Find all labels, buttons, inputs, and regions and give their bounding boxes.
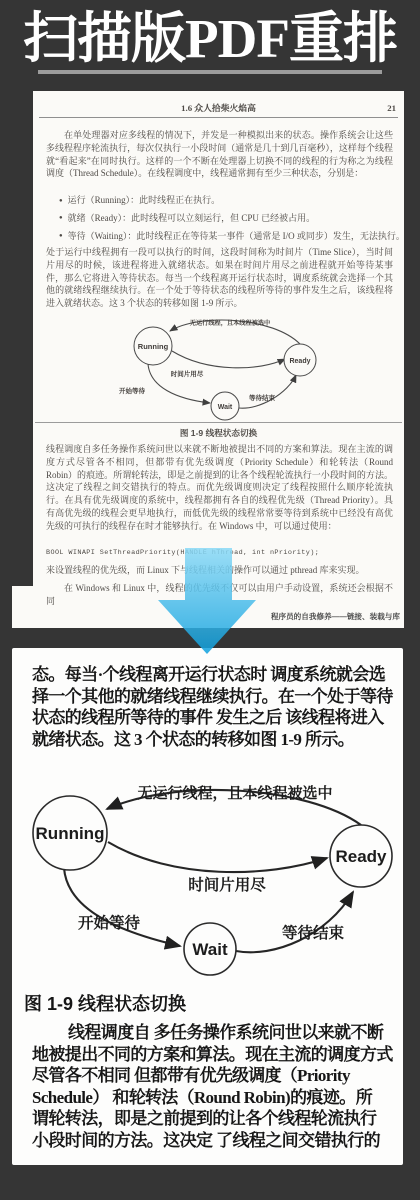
scan-figure-caption: 图 1-9 线程状态切换 — [33, 427, 404, 439]
text-line: 就绪状态。这 3 个状态的转移如图 1-9 所示。 — [32, 729, 395, 751]
text-line: 状态的线程所等待的事件 发生之后 该线程将进入 — [32, 707, 395, 729]
text-line: 态。每当·个线程离开运行状态时 调度系统就会选 — [32, 664, 395, 686]
scan-page-number: 21 — [387, 100, 396, 117]
edge-label: 开始等待 — [78, 913, 141, 932]
text-segment: 小段时间的方法。这决定 了线程之间交错执行的 — [32, 1131, 380, 1150]
edge-label: 时间片用尽 — [171, 369, 204, 378]
edge-wait-to-ready — [239, 375, 296, 408]
text-line: 谓轮转法，即是之前提到的让各个线程轮流执行 — [32, 1108, 395, 1130]
scan-section-title: 1.6 众人拾柴火焰高 — [181, 103, 256, 113]
reflowed-paragraph-1: 态。每当·个线程离开运行状态时 调度系统就会选择一个其他的就绪线程继续执行。在一… — [32, 664, 395, 750]
text-segment: 态。每当·个线程离开运行状态时 调度系统就会选 — [32, 665, 385, 684]
down-arrow-shape — [158, 548, 256, 654]
text-segment: 状态的线程所等待的事件 发生之后 该线程将进入 — [32, 708, 384, 727]
reflowed-page: 态。每当·个线程离开运行状态时 调度系统就会选择一个其他的就绪线程继续执行。在一… — [12, 648, 403, 1165]
emphasized-term: 优先级调度 — [200, 1066, 281, 1085]
node-label: Running — [36, 824, 105, 843]
text-line: 尽管各不相同 但都带有优先级调度（Priority — [32, 1065, 395, 1087]
edge-label: 无运行线程，且本线程被选中 — [137, 784, 332, 803]
scan-paragraph-2: 处于运行中线程拥有一段可以执行的时间，这段时间称为时间片（Time Slice）… — [46, 246, 393, 310]
edge-label: 无运行线程，且本线程被选中 — [190, 319, 270, 328]
scan-divider — [35, 422, 402, 423]
list-item: ●运行（Running）：此时线程正在执行。 — [59, 193, 396, 206]
text-segment: 尽管各不相同 但都带有 — [32, 1066, 200, 1085]
banner: 扫描版PDF重排 — [0, 0, 420, 90]
edge-wait-to-ready — [236, 892, 353, 952]
edge-running-to-ready — [172, 351, 285, 368]
reflowed-figure-caption: 图 1-9 线程状态切换 — [24, 990, 186, 1016]
text-line: 小段时间的方法。这决定 了线程之间交错执行的 — [32, 1130, 395, 1152]
bullet-icon: ● — [59, 198, 63, 204]
bullet-text: 就绪（Ready）：此时线程可以立刻运行，但 CPU 已经被占用。 — [68, 213, 316, 223]
thread-state-diagram-large: Running Ready Wait 无运行线程，且本线程被选中 时间片用尽 开… — [12, 778, 403, 990]
promo-image: 扫描版PDF重排 1.6 众人拾柴火焰高 21 在单处理器对应多线程的情况下，并… — [0, 0, 420, 1200]
text-segment: 就绪状态。这 3 个状态的转移如图 1-9 所示。 — [32, 730, 354, 749]
node-label: Wait — [192, 940, 228, 959]
scan-paragraph-3: 线程调度自多任务操作系统问世以来就不断地被提出不同的方案和算法。现在主流的调度方… — [46, 443, 393, 533]
text-segment: Schedule） 和 — [32, 1088, 129, 1107]
edge-label: 等待结束 — [282, 923, 345, 942]
edge-label: 开始等待 — [119, 386, 146, 395]
text-segment: （Priority — [281, 1066, 350, 1085]
text-segment: 谓轮转法，即是之前提到的让各个线程轮流执行 — [32, 1109, 376, 1128]
bullet-icon: ● — [59, 215, 63, 221]
node-label: Running — [138, 342, 169, 351]
emphasized-term: 轮转法 — [129, 1088, 178, 1107]
scan-page-header: 1.6 众人拾柴火焰高 21 — [39, 100, 398, 118]
down-arrow-icon — [156, 546, 258, 656]
text-segment: 线程调度自 多任务操作系统问世以来就不断 — [68, 1023, 383, 1042]
bullet-icon: ● — [59, 233, 63, 239]
thread-state-diagram-small: Running Ready Wait 无运行线程，且本线程被选中 时间片用尽 开… — [88, 313, 348, 428]
text-line: Schedule） 和轮转法（Round Robin)的痕迹。所 — [32, 1087, 395, 1109]
list-item: ●就绪（Ready）：此时线程可以立刻运行，但 CPU 已经被占用。 — [59, 211, 396, 224]
reflowed-paragraph-2: 线程调度自 多任务操作系统问世以来就不断地被提出不同的方案和算法。现在主流的调度… — [32, 1022, 395, 1152]
text-line: 线程调度自 多任务操作系统问世以来就不断 — [32, 1022, 395, 1044]
text-line: 择一个其他的就绪线程继续执行。在一个处于等待 — [32, 686, 395, 708]
node-label: Wait — [218, 404, 233, 411]
bullet-text: 等待（Waiting）：此时线程正在等待某一事件（通常是 I/O 或同步）发生，… — [68, 231, 405, 241]
edge-running-to-ready — [108, 842, 327, 872]
text-line: 地被提出不同的方案和算法。现在主流的调度方式 — [32, 1044, 395, 1066]
scan-page-footer: 程序员的自我修养——链接、装载与库 — [271, 611, 400, 622]
edge-running-to-wait — [64, 868, 180, 946]
banner-underline — [38, 70, 382, 74]
edge-label: 时间片用尽 — [188, 875, 266, 894]
banner-title: 扫描版PDF重排 — [0, 0, 420, 74]
edge-label: 等待结束 — [249, 393, 276, 402]
node-label: Ready — [335, 847, 387, 866]
node-label: Ready — [289, 358, 310, 365]
bullet-text: 运行（Running）：此时线程正在执行。 — [68, 195, 221, 205]
edge-running-to-wait — [148, 364, 210, 403]
text-segment: （Round Robin)的痕迹。所 — [177, 1088, 372, 1107]
scan-bullet-list: ●运行（Running）：此时线程正在执行。 ●就绪（Ready）：此时线程可以… — [59, 193, 396, 246]
text-segment: 择一个其他的就绪线程继续执行。在一个处于等待 — [32, 687, 393, 706]
scan-paragraph-1: 在单处理器对应多线程的情况下，并发是一种模拟出来的状态。操作系统会让这些多线程程… — [46, 129, 393, 180]
text-segment: 地被提出不同的方案和算法。现在主流的调度方式 — [32, 1045, 393, 1064]
list-item: ●等待（Waiting）：此时线程正在等待某一事件（通常是 I/O 或同步）发生… — [59, 229, 396, 242]
